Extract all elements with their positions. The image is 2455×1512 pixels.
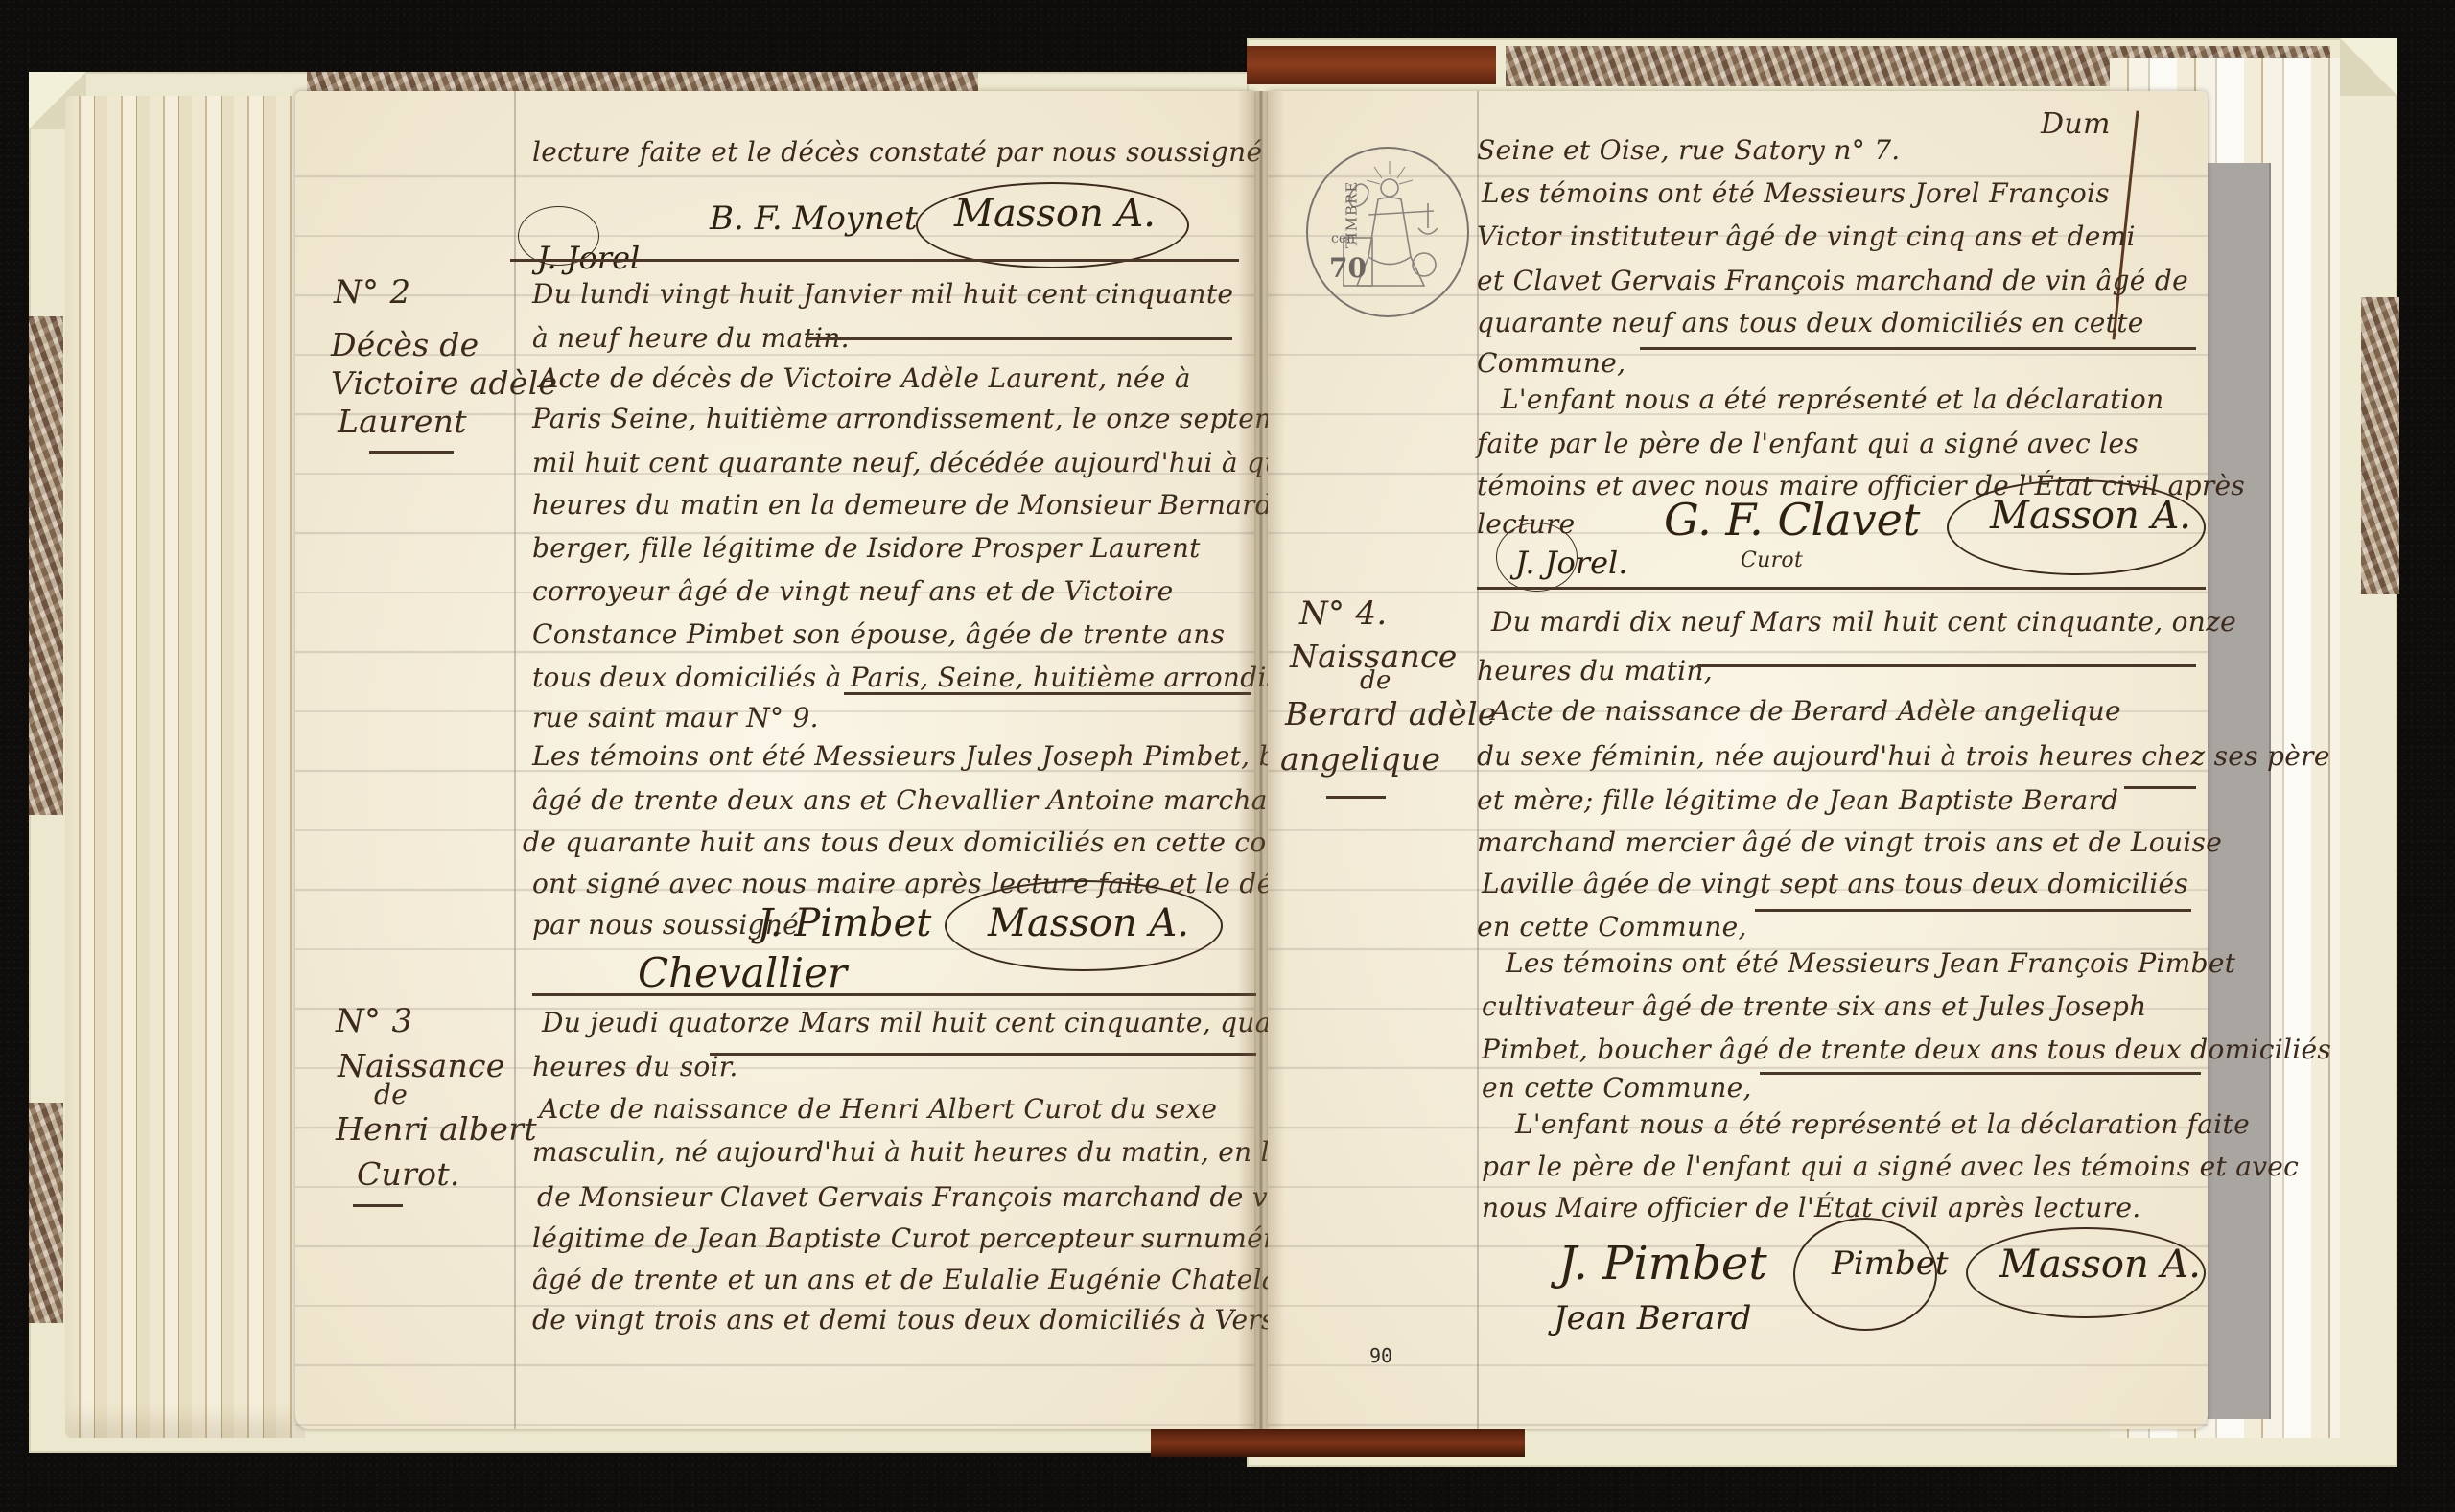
entry-line: en cette Commune, — [1477, 911, 1747, 942]
signature-pimbet: J. Pimbet — [758, 901, 931, 945]
paraph-jorel — [518, 206, 599, 266]
signature-chevallier: Chevallier — [638, 949, 847, 996]
entry-line: faite par le père de l'enfant qui a sign… — [1477, 428, 2139, 459]
entry-number: N° 3 — [336, 1002, 412, 1040]
entry-line: corroyeur âgé de vingt neuf ans et de Vi… — [532, 575, 1173, 607]
entry-separator — [532, 993, 1256, 996]
margin-title-line: de — [1360, 666, 1391, 695]
line-filler — [1697, 664, 2196, 667]
entry-line: quarante neuf ans tous deux domiciliés e… — [1477, 307, 2144, 338]
entry-line: marchand mercier âgé de vingt trois ans … — [1477, 826, 2222, 858]
line-filler — [1755, 909, 2191, 912]
entry-line: Du mardi dix neuf Mars mil huit cent cin… — [1491, 606, 2236, 638]
margin-title-line: Victoire adèle — [331, 364, 557, 402]
margin-title-line: Laurent — [338, 403, 467, 440]
margin-title-line: Naissance — [338, 1047, 505, 1084]
paraph-masson — [945, 880, 1223, 971]
marbled-board-left-edge-lower — [29, 1103, 63, 1323]
stamp-unit: cen — [1331, 231, 1355, 246]
entry-line: Les témoins ont été Messieurs Jorel Fran… — [1482, 177, 2110, 209]
margin-title-line: Décès de — [331, 326, 479, 363]
margin-underline — [369, 451, 454, 454]
entry-line: légitime de Jean Baptiste Curot percepte… — [532, 1222, 1330, 1254]
book-gutter — [1237, 91, 1285, 1429]
signature-j-pimbet: J. Pimbet — [1558, 1237, 1767, 1291]
entry-number: N° 2 — [334, 273, 410, 312]
signature-moynet: B. F. Moynet — [710, 199, 918, 238]
margin-title-line: de — [374, 1079, 408, 1110]
signature-clavet: G. F. Clavet — [1664, 494, 1920, 546]
margin-underline — [1326, 796, 1386, 799]
entry-line: et Clavet Gervais François marchand de v… — [1477, 265, 2188, 296]
margin-title-line: Henri albert — [336, 1110, 537, 1148]
entry-line: Victor instituteur âgé de vingt cinq ans… — [1477, 221, 2136, 252]
entry-line: en cette Commune, — [1482, 1072, 1752, 1104]
entry-line: du sexe féminin, née aujourd'hui à trois… — [1477, 740, 2330, 772]
line-filler — [844, 692, 1251, 695]
line-filler — [2124, 786, 2196, 789]
leather-spine-bottom — [1151, 1429, 1525, 1457]
leather-spine-top — [1247, 46, 1496, 84]
entry-line: à neuf heure du matin. — [532, 322, 850, 354]
marbled-board-left-edge — [29, 316, 63, 815]
entry-line: Laville âgée de vingt sept ans tous deux… — [1482, 868, 2188, 899]
entry-line: berger, fille légitime de Isidore Prospe… — [532, 532, 1201, 564]
paraph-pimbet — [1793, 1218, 1937, 1331]
paraph-masson — [1966, 1227, 2206, 1318]
line-filler — [806, 337, 1232, 340]
entry-line: rue saint maur N° 9. — [532, 702, 819, 733]
entry-line: de vingt trois ans et demi tous deux dom… — [532, 1304, 1348, 1336]
entry-separator — [1477, 587, 2206, 590]
entry-line: Paris Seine, huitième arrondissement, le… — [532, 403, 1327, 434]
page-number: 90 — [1369, 1344, 1392, 1367]
entry-line: Du lundi vingt huit Janvier mil huit cen… — [532, 278, 1233, 310]
paraph-masson — [916, 182, 1189, 268]
entry-line: nous Maire officier de l'État civil aprè… — [1482, 1192, 2140, 1223]
signature-jean-berard: Jean Berard — [1554, 1299, 1751, 1338]
line-filler — [1640, 347, 2196, 350]
margin-title-line: angelique — [1280, 740, 1440, 778]
entry-line: heures du matin en la demeure de Monsieu… — [532, 489, 1357, 521]
margin-rule — [514, 91, 516, 1429]
entry-line: Constance Pimbet son épouse, âgée de tre… — [532, 618, 1225, 650]
entry-line: mil huit cent quarante neuf, décédée auj… — [532, 447, 1339, 478]
entry-line: Les témoins ont été Messieurs Jean Franç… — [1506, 947, 2235, 979]
entry-line: Commune, — [1477, 347, 1625, 379]
margin-annotation: Dum — [2041, 107, 2111, 141]
entry-line: Pimbet, boucher âgé de trente deux ans t… — [1482, 1034, 2331, 1065]
margin-title-line: Berard adèle — [1285, 695, 1497, 733]
paraph-masson — [1947, 479, 2206, 575]
continuation-line: lecture faite et le décès constaté par n… — [532, 136, 1262, 168]
stamp-value: 70 — [1329, 252, 1367, 284]
entry-line: Seine et Oise, rue Satory n° 7. — [1477, 134, 1901, 166]
marbled-board-right-edge — [2361, 297, 2399, 594]
entry-line: Acte de naissance de Berard Adèle angeli… — [1491, 695, 2121, 727]
margin-title-line: Curot. — [357, 1155, 460, 1193]
entry-separator — [510, 259, 1239, 262]
entry-line: L'enfant nous a été représenté et la déc… — [1515, 1108, 2250, 1140]
entry-line: par le père de l'enfant qui a signé avec… — [1482, 1151, 2299, 1182]
paraph-jorel — [1496, 523, 1578, 592]
line-filler — [1760, 1072, 2201, 1075]
entry-line: de Monsieur Clavet Gervais François marc… — [537, 1181, 1354, 1213]
tax-stamp: TIMBRE cen 70 — [1306, 147, 1469, 317]
entry-line: cultivateur âgé de trente six ans et Jul… — [1482, 990, 2146, 1022]
entry-number: N° 4. — [1299, 594, 1388, 633]
entry-line: heures du matin, — [1477, 655, 1713, 686]
line-filler — [710, 1053, 1256, 1056]
entry-line: Du jeudi quatorze Mars mil huit cent cin… — [542, 1007, 1312, 1038]
entry-line: Acte de décès de Victoire Adèle Laurent,… — [539, 362, 1191, 394]
entry-line: L'enfant nous a été représenté et la déc… — [1501, 384, 2163, 415]
page-stack-left — [65, 96, 305, 1438]
entry-line: et mère; fille légitime de Jean Baptiste… — [1477, 784, 2118, 816]
entry-line: Acte de naissance de Henri Albert Curot … — [539, 1093, 1217, 1125]
entry-line: heures du soir. — [532, 1051, 738, 1082]
signature-curot: Curot — [1741, 548, 1803, 572]
margin-underline — [353, 1204, 403, 1207]
corner-fold-top-right — [2340, 38, 2397, 96]
